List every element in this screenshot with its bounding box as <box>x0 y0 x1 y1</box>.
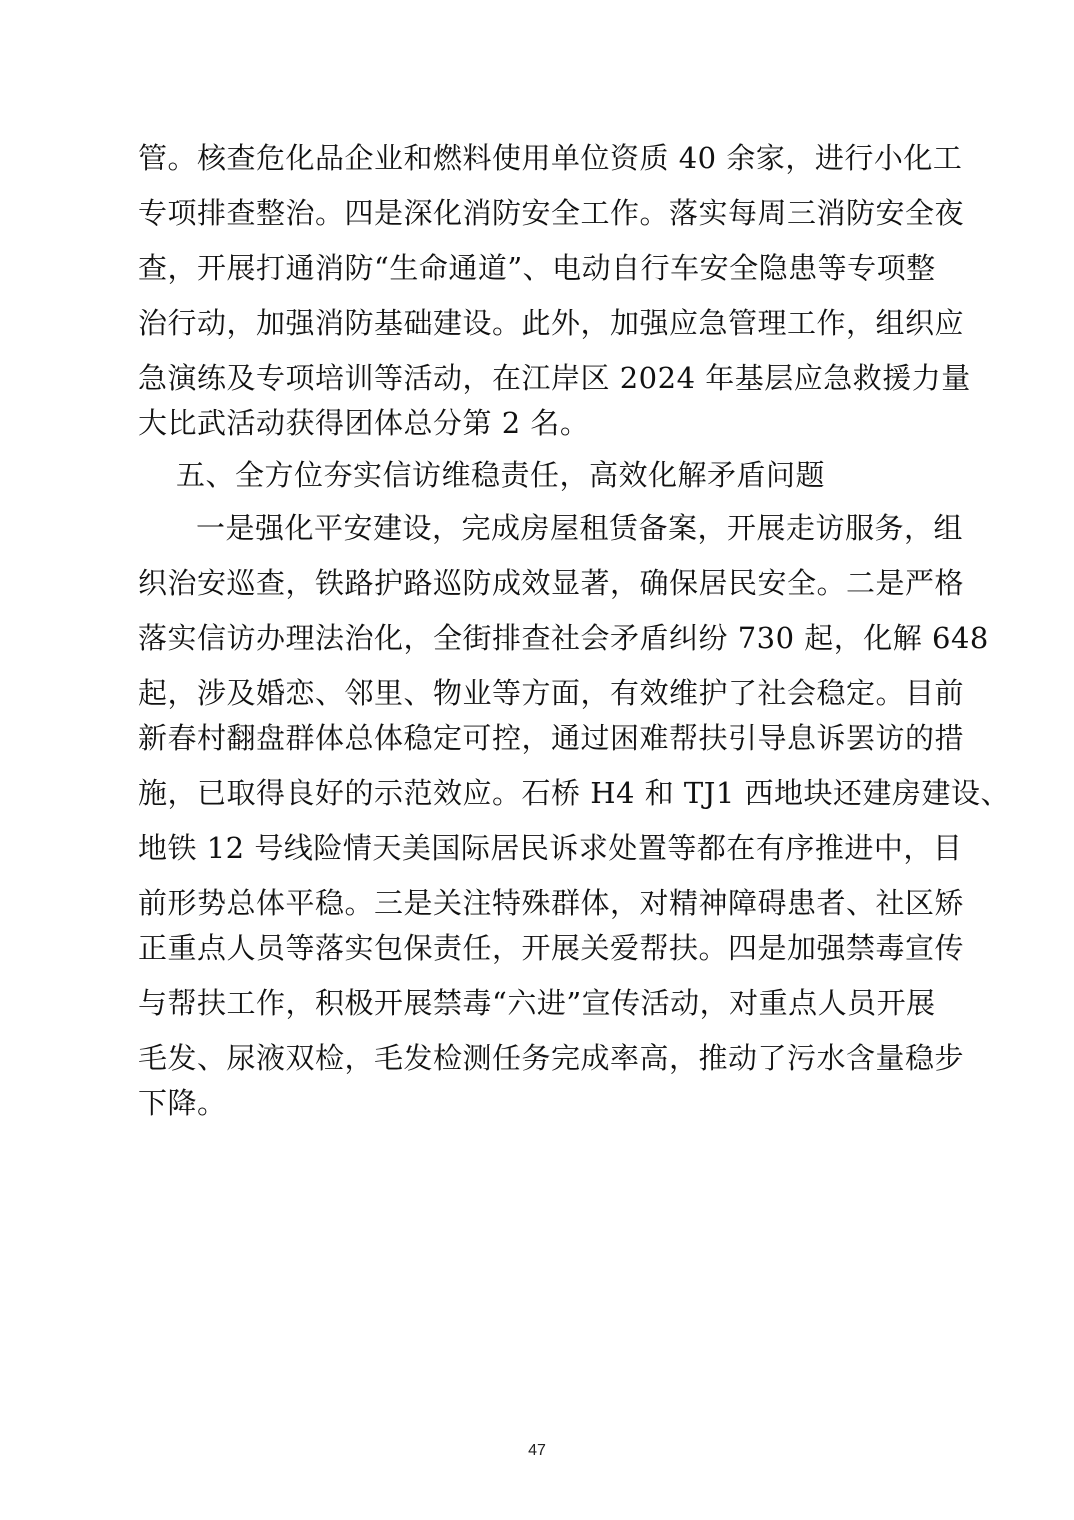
paragraph-line: 正重点人员等落实包保责任，开展关爱帮扶。四是加强禁毒宣传 <box>138 928 938 968</box>
paragraph-line: 起，涉及婚恋、邻里、物业等方面，有效维护了社会稳定。目前 <box>138 673 938 713</box>
paragraph-line: 急演练及专项培训等活动，在江岸区 2024 年基层应急救援力量 <box>138 358 938 398</box>
paragraph-line: 施，已取得良好的示范效应。石桥 H4 和 TJ1 西地块还建房建设、 <box>138 773 938 813</box>
paragraph-line: 织治安巡查，铁路护路巡防成效显著，确保居民安全。二是严格 <box>138 563 938 603</box>
paragraph-line: 专项排查整治。四是深化消防安全工作。落实每周三消防安全夜 <box>138 193 938 233</box>
paragraph-line: 毛发、尿液双检，毛发检测任务完成率高，推动了污水含量稳步 <box>138 1038 938 1078</box>
document-page: 管。核查危化品企业和燃料使用单位资质 40 余家，进行小化工 专项排查整治。四是… <box>0 0 1074 1520</box>
paragraph-line: 管。核查危化品企业和燃料使用单位资质 40 余家，进行小化工 <box>138 138 938 178</box>
paragraph-line: 地铁 12 号线险情天美国际居民诉求处置等都在有序推进中，目 <box>138 828 938 868</box>
paragraph-line: 大比武活动获得团体总分第 2 名。 <box>138 403 938 443</box>
paragraph-line: 落实信访办理法治化，全街排查社会矛盾纠纷 730 起，化解 648 <box>138 618 938 658</box>
paragraph-line: 治行动，加强消防基础建设。此外，加强应急管理工作，组织应 <box>138 303 938 343</box>
page-number: 47 <box>0 1442 1074 1460</box>
paragraph-line: 下降。 <box>138 1083 938 1123</box>
section-heading: 五、全方位夯实信访维稳责任，高效化解矛盾问题 <box>176 455 976 495</box>
paragraph-line: 前形势总体平稳。三是关注特殊群体，对精神障碍患者、社区矫 <box>138 883 938 923</box>
paragraph-line: 一是强化平安建设，完成房屋租赁备案，开展走访服务，组 <box>196 508 938 548</box>
paragraph-line: 新春村翻盘群体总体稳定可控，通过困难帮扶引导息诉罢访的措 <box>138 718 938 758</box>
paragraph-line: 查，开展打通消防“生命通道”、电动自行车安全隐患等专项整 <box>138 248 938 288</box>
paragraph-line: 与帮扶工作，积极开展禁毒“六进”宣传活动，对重点人员开展 <box>138 983 938 1023</box>
